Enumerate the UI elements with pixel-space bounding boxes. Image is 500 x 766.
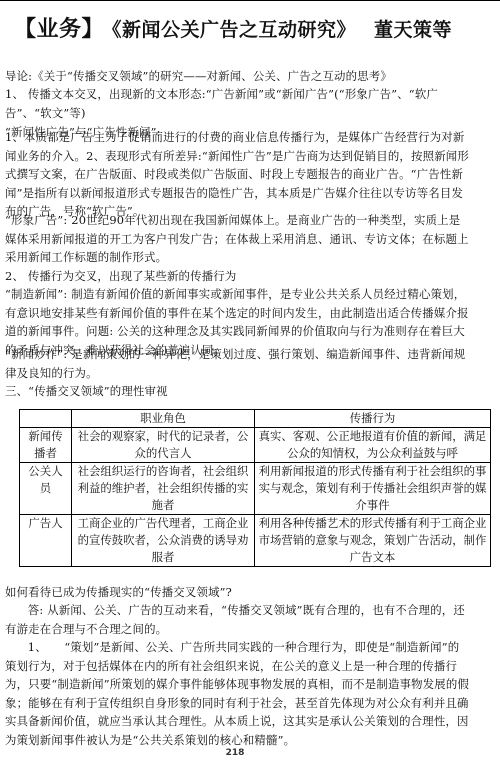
table-row: 新闻传播者 社会的观察家，时代的记录者，公众的代言人 真实、客观、公正地报道有价… [20,428,491,463]
news-hype-paragraph: “新闻炒作”: 是新闻策划的一种异化，是策划过度、强行策划、编造新闻事件、违背新… [5,345,470,382]
section-2-heading: 2、 传播行为交叉，出现了某些新的传播行为 [5,267,470,286]
answer-paragraph: 答: 从新闻、公关、广告的互动来看，“传播交叉领域”既有合理的，也有不合理的，还… [5,601,470,638]
author: 董天策等 [374,19,452,41]
identity-cell: 社会组织运行的咨询者，社会组织利益的维护者，社会组织传播的实施者 [72,463,255,515]
table-header-row: 职业角色 传播行为 [20,410,491,428]
point-1-paragraph: 1、 “策划”是新闻、公关、广告所共同实践的一种合理行为，即使是“制造新闻”的策… [5,638,470,750]
table-header-cell [20,410,72,428]
book-title: 《新闻公关广告之互动研究》 [112,19,356,41]
table-row: 公关人员 社会组织运行的咨询者，社会组织利益的维护者，社会组织传播的实施者 利用… [20,463,491,515]
question: 如何看待已成为传播现实的“传播交叉领域”? [5,583,470,602]
page-title: 【业务】《新闻公关广告之互动研究》董天策等 [14,12,452,43]
table-row: 广告人 工商企业的广告代理者，工商企业的宣传鼓吹者，公众消费的诱导劝服者 利用各… [20,515,491,567]
category-tag: 【业务】 [14,17,104,42]
section-1-heading: 1、 传播文本交叉，出现新的文本形态:“广告新闻”或“新闻广告”(“形象广告”、… [5,85,470,122]
role-cell: 公关人员 [20,463,72,515]
table-header-cell: 传播行为 [255,410,491,428]
section-3-heading: 三、“传播交叉领域”的理性审视 [5,382,470,401]
section-1-paragraph: 1、本质都是广告主为了促销而进行的付费的商业信息传播行为，是媒体广告经营行为对新… [5,128,470,221]
intro-line: 导论:《关于“传播交叉领域”的研究——对新闻、公关、广告之互动的思考》 [5,67,470,86]
role-cell: 广告人 [20,515,72,567]
top-rule [0,0,500,1]
behavior-cell: 利用各种传播艺术的形式传播有利于工商企业市场营销的意象与观念，策划广告活动，制作… [255,515,491,567]
page-number: 218 [0,748,470,758]
behavior-cell: 利用新闻报道的形式传播有利于社会组织的事实与观念，策划有利于传播社会组织声誉的媒… [255,463,491,515]
role-cell: 新闻传播者 [20,428,72,463]
table-header-cell: 职业角色 [72,410,255,428]
roles-table: 职业角色 传播行为 新闻传播者 社会的观察家，时代的记录者，公众的代言人 真实、… [19,409,491,567]
identity-cell: 工商企业的广告代理者，工商企业的宣传鼓吹者，公众消费的诱导劝服者 [72,515,255,567]
identity-cell: 社会的观察家，时代的记录者，公众的代言人 [72,428,255,463]
image-ad-paragraph: “形象广告”: 20世纪90年代初出现在我国新闻媒体上。是商业广告的一种类型，实… [5,211,470,267]
behavior-cell: 真实、客观、公正地报道有价值的新闻，满足公众的知情权，为公众利益鼓与呼 [255,428,491,463]
